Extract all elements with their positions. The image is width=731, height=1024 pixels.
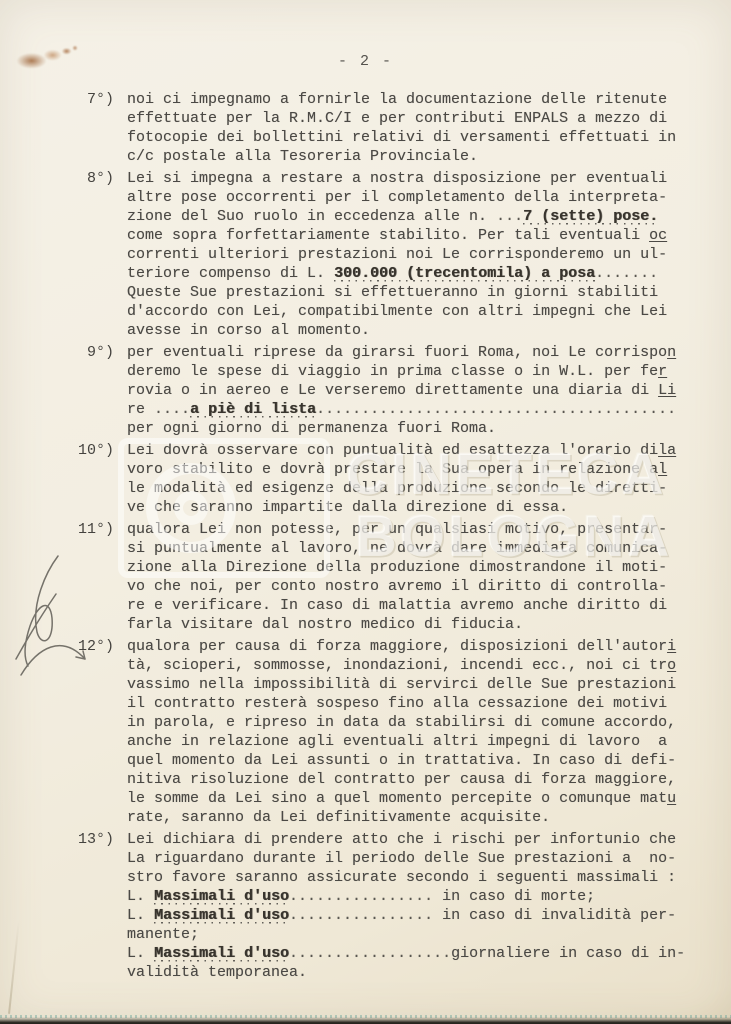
text-line: il contratto resterà sospeso fino alla c… (127, 694, 702, 713)
text-line: si puntualmente al lavoro, ne dovrà dare… (127, 539, 702, 558)
text-segment: Queste Sue prestazioni si effettueranno … (127, 284, 658, 301)
text-segment: le somme da Lei sino a quel momento perc… (127, 790, 667, 807)
text-segment: Lei dovrà osservare con puntualità ed es… (127, 442, 658, 459)
text-line: avesse in corso al momento. (127, 321, 702, 340)
text-line: ve che saranno impartite dalla direzione… (127, 498, 702, 517)
text-segment: manente; (127, 926, 199, 943)
text-line: qualora Lei non potesse, per un qualsias… (127, 520, 702, 539)
text-line: voro stabilito e dovrà prestare la Sua o… (127, 460, 702, 479)
text-line: d'accordo con Lei, compatibilmente con a… (127, 302, 702, 321)
text-segment: teriore compenso di L. (127, 265, 334, 282)
text-segment: avesse in corso al momento. (127, 322, 370, 339)
text-segment: r (658, 363, 667, 380)
text-segment: Massimali d'uso (154, 945, 289, 962)
handwritten-initials (4, 546, 96, 686)
text-segment: nitiva risoluzione del contratto per cau… (127, 771, 676, 788)
text-line: re e verificare. In caso di malattia avr… (127, 596, 702, 615)
clause: 8°)Lei si impegna a restare a nostra dis… (56, 169, 704, 340)
text-segment: Massimali d'uso (154, 888, 289, 905)
text-segment: Lei dichiara di prendere atto che i risc… (127, 831, 676, 848)
clause: 9°)per eventuali riprese da girarsi fuor… (56, 343, 704, 438)
clause-number: 13°) (56, 830, 127, 982)
text-segment: correnti ulteriori prestazioni noi Le co… (127, 246, 667, 263)
clause-text: qualora per causa di forza maggiore, dis… (127, 637, 702, 827)
text-line: L. Massimali d'uso................ in ca… (127, 887, 702, 906)
text-line: come sopra forfettariamente stabilito. P… (127, 226, 702, 245)
text-segment: rovia o in aereo e Le verseremo direttam… (127, 382, 658, 399)
paper-crease (8, 919, 20, 1014)
text-segment: L. (127, 945, 154, 962)
text-segment: come sopra forfettariamente stabilito. P… (127, 227, 649, 244)
text-segment: stro favore saranno assicurate secondo i… (127, 869, 676, 886)
clause-number: 9°) (56, 343, 127, 438)
text-segment: 300.000 (trecentomila) a posa (334, 265, 595, 282)
text-line: rate, saranno da Lei definitivamente acq… (127, 808, 702, 827)
clause-text: noi ci impegnamo a fornirle la documenta… (127, 90, 702, 166)
text-line: fotocopie dei bollettini relativi di ver… (127, 128, 702, 147)
text-line: L. Massimali d'uso..................gior… (127, 944, 702, 963)
text-segment: rate, saranno da Lei definitivamente acq… (127, 809, 550, 826)
text-segment: ... (496, 208, 523, 225)
text-segment: il contratto resterà sospeso fino alla c… (127, 695, 667, 712)
clause-text: qualora Lei non potesse, per un qualsias… (127, 520, 702, 634)
text-segment: per ogni giorno di permanenza fuori Roma… (127, 420, 496, 437)
text-segment: Li (658, 382, 676, 399)
text-line: quel momento da Lei assunti o in trattat… (127, 751, 702, 770)
text-segment: re (127, 401, 154, 418)
clause-text: Lei dichiara di prendere atto che i risc… (127, 830, 702, 982)
text-segment: per eventuali riprese da girarsi fuori R… (127, 344, 667, 361)
text-segment: in caso di morte; (433, 888, 595, 905)
text-segment: tà, scioperi, sommosse, inondazioni, inc… (127, 657, 667, 674)
text-line: noi ci impegnamo a fornirle la documenta… (127, 90, 702, 109)
clause-text: Lei dovrà osservare con puntualità ed es… (127, 441, 702, 517)
text-line: qualora per causa di forza maggiore, dis… (127, 637, 702, 656)
text-line: anche in relazione agli eventuali altri … (127, 732, 702, 751)
text-segment: giornaliere in caso di in- (451, 945, 685, 962)
text-segment: re e verificare. In caso di malattia avr… (127, 597, 667, 614)
clause-text: per eventuali riprese da girarsi fuori R… (127, 343, 702, 438)
text-segment: .................. (289, 945, 451, 962)
text-segment: deremo le spese di viaggio in prima clas… (127, 363, 658, 380)
clause: 13°)Lei dichiara di prendere atto che i … (56, 830, 704, 982)
text-segment: Massimali d'uso (154, 907, 289, 924)
text-line: c/c postale alla Tesoreria Provinciale. (127, 147, 702, 166)
text-segment: noi ci impegnamo a fornirle la documenta… (127, 91, 667, 108)
text-line: per ogni giorno di permanenza fuori Roma… (127, 419, 702, 438)
text-segment: fotocopie dei bollettini relativi di ver… (127, 129, 676, 146)
document-page: - 2 - 7°)noi ci impegnamo a fornirle la … (0, 0, 731, 1024)
text-segment: zione alla Direzione della produzione di… (127, 559, 667, 576)
text-segment: in caso di invalidità per- (433, 907, 676, 924)
clause-number: 10°) (56, 441, 127, 517)
text-segment: zione del Suo ruolo in eccedenza alle n. (127, 208, 496, 225)
scan-bottom-edge (0, 1017, 731, 1024)
text-line: re ....a piè di lista...................… (127, 400, 702, 419)
text-segment: qualora Lei non potesse, per un qualsias… (127, 521, 667, 538)
text-segment: oc (649, 227, 667, 244)
text-segment: quel momento da Lei assunti o in trattat… (127, 752, 676, 769)
text-line: zione alla Direzione della produzione di… (127, 558, 702, 577)
text-line: farla visitare dal nostro medico di fidu… (127, 615, 702, 634)
text-segment: Lei si impegna a restare a nostra dispos… (127, 170, 667, 187)
text-line: effettuate per la R.M.C/I e per contribu… (127, 109, 702, 128)
page-number: - 2 - (0, 53, 731, 70)
text-segment: vo che noi, per conto nostro avremo il d… (127, 578, 667, 595)
text-segment: n (667, 344, 676, 361)
text-segment: l (658, 461, 667, 478)
clause: 12°)qualora per causa di forza maggiore,… (56, 637, 704, 827)
text-line: Queste Sue prestazioni si effettueranno … (127, 283, 702, 302)
text-segment: ................ (289, 907, 433, 924)
text-line: zione del Suo ruolo in eccedenza alle n.… (127, 207, 702, 226)
clause: 11°)qualora Lei non potesse, per un qual… (56, 520, 704, 634)
text-segment: a piè di lista (190, 401, 316, 418)
text-segment: L. (127, 907, 154, 924)
text-segment: ................ (289, 888, 433, 905)
text-line: correnti ulteriori prestazioni noi Le co… (127, 245, 702, 264)
clause: 10°)Lei dovrà osservare con puntualità e… (56, 441, 704, 517)
text-segment: L. (127, 888, 154, 905)
text-segment: La riguardano durante il periodo delle S… (127, 850, 676, 867)
text-segment: farla visitare dal nostro medico di fidu… (127, 616, 523, 633)
text-line: le modalità ed esigenze della produzione… (127, 479, 702, 498)
clause: 7°)noi ci impegnamo a fornirle la docume… (56, 90, 704, 166)
text-segment: ....... (595, 265, 658, 282)
text-line: vassimo nella impossibilità di servirci … (127, 675, 702, 694)
text-line: vo che noi, per conto nostro avremo il d… (127, 577, 702, 596)
clause-number: 7°) (56, 90, 127, 166)
text-segment: la (658, 442, 676, 459)
text-line: manente; (127, 925, 702, 944)
text-line: stro favore saranno assicurate secondo i… (127, 868, 702, 887)
text-segment: validità temporanea. (127, 964, 307, 981)
text-line: La riguardano durante il periodo delle S… (127, 849, 702, 868)
text-line: teriore compenso di L. 300.000 (trecento… (127, 264, 702, 283)
text-segment: d'accordo con Lei, compatibilmente con a… (127, 303, 667, 320)
text-segment: voro stabilito e dovrà prestare la Sua o… (127, 461, 658, 478)
text-line: le somme da Lei sino a quel momento perc… (127, 789, 702, 808)
text-line: rovia o in aereo e Le verseremo direttam… (127, 381, 702, 400)
text-line: validità temporanea. (127, 963, 702, 982)
text-segment: anche in relazione agli eventuali altri … (127, 733, 667, 750)
text-segment: le modalità ed esigenze della produzione… (127, 480, 667, 497)
text-line: Lei si impegna a restare a nostra dispos… (127, 169, 702, 188)
text-segment: o (667, 657, 676, 674)
text-line: in parola, e ripreso in data da stabilir… (127, 713, 702, 732)
text-segment: altre pose occorrenti per il completamen… (127, 189, 667, 206)
text-segment: ve che saranno impartite dalla direzione… (127, 499, 568, 516)
text-segment: vassimo nella impossibilità di servirci … (127, 676, 676, 693)
text-segment: i (667, 638, 676, 655)
text-line: L. Massimali d'uso................ in ca… (127, 906, 702, 925)
clause-number: 8°) (56, 169, 127, 340)
text-line: tà, scioperi, sommosse, inondazioni, inc… (127, 656, 702, 675)
text-line: Lei dichiara di prendere atto che i risc… (127, 830, 702, 849)
text-segment: qualora per causa di forza maggiore, dis… (127, 638, 667, 655)
text-segment: si puntualmente al lavoro, ne dovrà dare… (127, 540, 667, 557)
text-segment: u (667, 790, 676, 807)
text-segment: in parola, e ripreso in data da stabilir… (127, 714, 676, 731)
text-line: Lei dovrà osservare con puntualità ed es… (127, 441, 702, 460)
text-line: per eventuali riprese da girarsi fuori R… (127, 343, 702, 362)
text-segment: .... (154, 401, 190, 418)
text-line: altre pose occorrenti per il completamen… (127, 188, 702, 207)
clause-text: Lei si impegna a restare a nostra dispos… (127, 169, 702, 340)
text-line: deremo le spese di viaggio in prima clas… (127, 362, 702, 381)
text-segment: ........................................ (316, 401, 676, 418)
text-line: nitiva risoluzione del contratto per cau… (127, 770, 702, 789)
text-segment: c/c postale alla Tesoreria Provinciale. (127, 148, 478, 165)
text-segment: effettuate per la R.M.C/I e per contribu… (127, 110, 667, 127)
clause-list: 7°)noi ci impegnamo a fornirle la docume… (56, 90, 704, 985)
text-segment: 7 (sette) pose. (523, 208, 658, 225)
